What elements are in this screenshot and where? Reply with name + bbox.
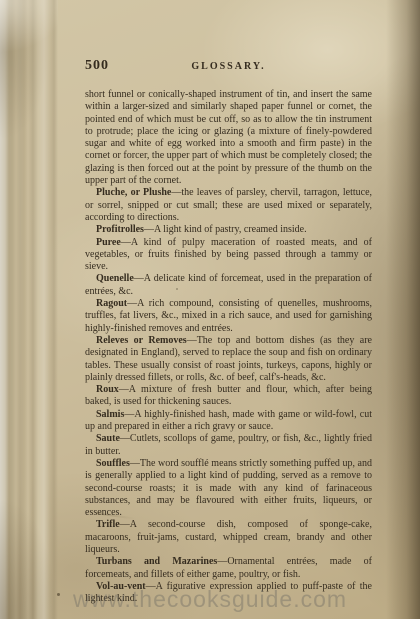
paper-speck (176, 288, 178, 290)
glossary-entry: Releves or Removes—The top and bottom di… (85, 335, 372, 384)
glossary-entry: Profitrolles—A light kind of pastry, cre… (85, 224, 372, 236)
glossary-entry: Quenelle—A delicate kind of forcemeat, u… (85, 273, 372, 298)
paper-speck (232, 96, 234, 98)
entry-term: Souffles (96, 458, 130, 469)
glossary-entry: Puree—A kind of pulpy maceration of roas… (85, 237, 372, 274)
entry-definition: —A highly-finished hash, made with game … (85, 409, 372, 432)
glossary-entry: short funnel or conically-shaped instrum… (85, 89, 372, 187)
entry-term: Turbans and Mazarines (96, 556, 217, 567)
entry-definition: short funnel or conically-shaped instrum… (85, 89, 372, 186)
book-page-scan: 500 GLOSSARY. short funnel or conically-… (0, 0, 420, 619)
watermark-text: www.thecooksguide.com (0, 586, 420, 613)
entry-term: Quenelle (96, 273, 134, 284)
entry-term: Puree (96, 237, 121, 248)
glossary-entry: Roux—A mixture of fresh butter and flour… (85, 384, 372, 409)
glossary-entries: short funnel or conically-shaped instrum… (85, 89, 372, 605)
page-stack-edge (0, 0, 58, 619)
page-content: 500 GLOSSARY. short funnel or conically-… (85, 58, 372, 605)
entry-term: Saute (96, 433, 120, 444)
entry-definition: —A second-course dish, composed of spong… (85, 519, 372, 555)
glossary-entry: Turbans and Mazarines—Ornamental entrées… (85, 556, 372, 581)
entry-definition: —A mixture of fresh butter and flour, wh… (85, 384, 372, 407)
glossary-entry: Trifle—A second-course dish, composed of… (85, 519, 372, 556)
glossary-entry: Ragout—A rich compound, consisting of qu… (85, 298, 372, 335)
entry-definition: —A rich compound, consisting of quenelle… (85, 298, 372, 334)
spine-gutter-shadow (386, 0, 420, 619)
glossary-entry: Saute—Cutlets, scollops of game, poultry… (85, 433, 372, 458)
entry-term: Profitrolles (96, 224, 144, 235)
glossary-entry: Souffles—The word soufflé means strictly… (85, 458, 372, 519)
page-header: 500 GLOSSARY. (85, 58, 372, 78)
entry-term: Salmis (96, 409, 124, 420)
entry-definition: —A kind of pulpy maceration of roasted m… (85, 237, 372, 273)
glossary-entry: Salmis—A highly-finished hash, made with… (85, 409, 372, 434)
running-head-title: GLOSSARY. (85, 61, 372, 72)
entry-term: Pluche, or Plushe (96, 187, 171, 198)
entry-term: Ragout (96, 298, 127, 309)
entry-term: Trifle (96, 519, 120, 530)
entry-definition: —Cutlets, scollops of game, poultry, or … (85, 433, 372, 456)
entry-term: Roux (96, 384, 119, 395)
entry-definition: —A light kind of pastry, creamed inside. (144, 224, 307, 235)
glossary-entry: Pluche, or Plushe—the leaves of parsley,… (85, 187, 372, 224)
entry-term: Releves or Removes (96, 335, 187, 346)
